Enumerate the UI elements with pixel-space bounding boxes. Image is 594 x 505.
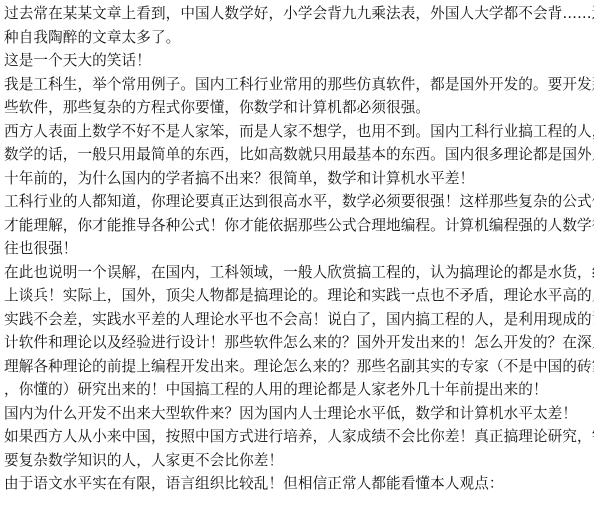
text-line: 计软件和理论以及经验进行设计！那些软件怎么来的？国外开发出来的！怎么开发的？在深…	[4, 331, 594, 355]
text-line: 十年前的，为什么国内的学者搞不出来？很简单，数学和计算机水平差！	[4, 167, 594, 191]
text-line: 才能理解，你才能推导各种公式！你才能依据那些公式合理地编程。计算机编程强的人数学…	[4, 214, 594, 238]
text-line: 西方人表面上数学不好不是人家笨，而是人家不想学，也用不到。国内工科行业搞工程的人…	[4, 120, 594, 144]
text-line: 工科行业的人都知道，你理论要真正达到很高水平，数学必须要很强！这样那些复杂的公式…	[4, 190, 594, 214]
text-line: 种自我陶醉的文章太多了。	[4, 26, 594, 50]
text-line: 上谈兵！实际上，国外，顶尖人物都是搞理论的。理论和实践一点也不矛盾，理论水平高的…	[4, 284, 594, 308]
text-line: 些软件，那些复杂的方程式你要懂，你数学和计算机都必须很强。	[4, 96, 594, 120]
text-line: 过去常在某某文章上看到，中国人数学好，小学会背九九乘法表，外国人大学都不会背………	[4, 2, 594, 26]
text-line: 实践不会差，实践水平差的人理论水平也不会高！说白了，国内搞工程的人，是利用现成的…	[4, 308, 594, 332]
text-line: 国内为什么开发不出来大型软件来？因为国内人士理论水平低，数学和计算机水平太差！	[4, 402, 594, 426]
text-line: 要复杂数学知识的人，人家更不会比你差！	[4, 449, 594, 473]
text-line: ，你懂的）研究出来的！中国搞工程的人用的理论都是人家老外几十年前提出来的！	[4, 378, 594, 402]
text-line: 数学的话，一般只用最简单的东西，比如高数就只用最基本的东西。国内很多理论都是国外…	[4, 143, 594, 167]
text-line: 如果西方人从小来中国，按照中国方式进行培养，人家成绩不会比你差！真正搞理论研究，…	[4, 425, 594, 449]
text-line: 在此也说明一个误解，在国内，工科领域，一般人欣赏搞工程的，认为搞理论的都是水货，…	[4, 261, 594, 285]
text-line: 往也很强！	[4, 237, 594, 261]
text-line: 这是一个天大的笑话！	[4, 49, 594, 73]
article-body: 过去常在某某文章上看到，中国人数学好，小学会背九九乘法表，外国人大学都不会背………	[0, 0, 594, 496]
text-line: 我是工科生，举个常用例子。国内工科行业常用的那些仿真软件，都是国外开发的。要开发…	[4, 73, 594, 97]
text-line: 由于语文水平实在有限，语言组织比较乱！但相信正常人都能看懂本人观点：	[4, 472, 594, 496]
text-line: 理解各种理论的前提上编程开发出来。理论怎么来的？那些名副其实的专家（不是中国的砖…	[4, 355, 594, 379]
